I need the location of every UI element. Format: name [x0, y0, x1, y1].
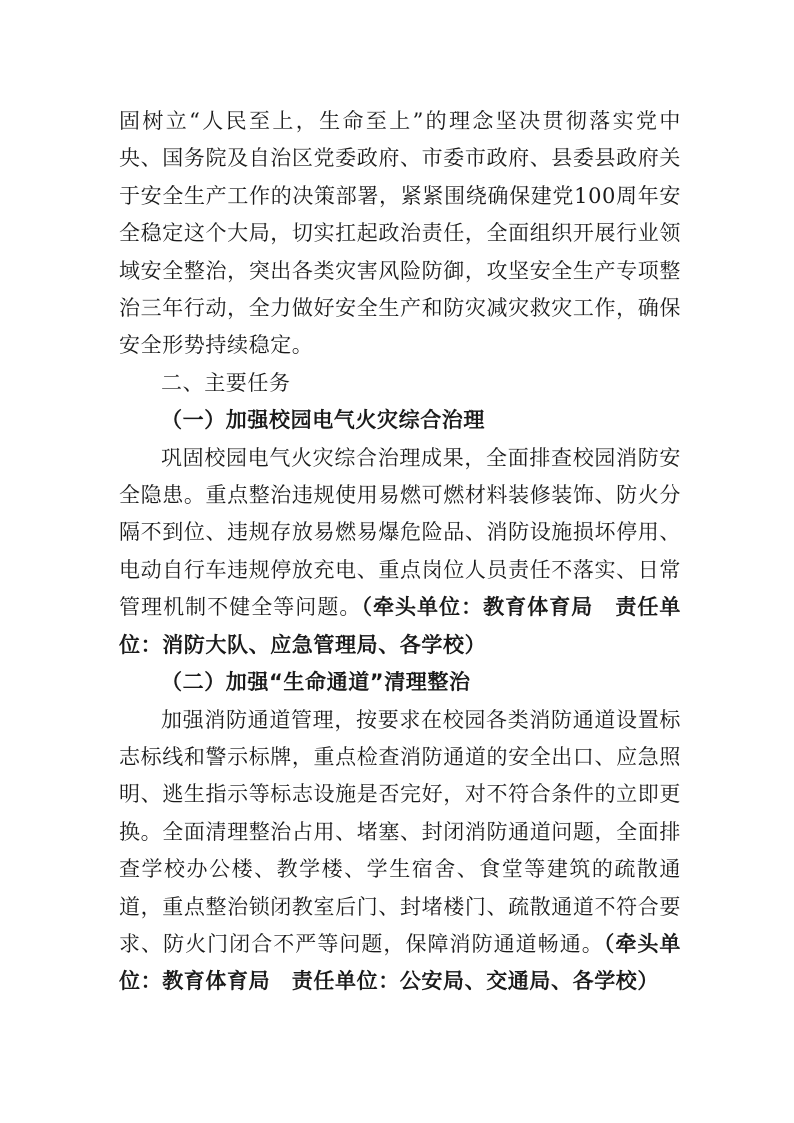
- intro-paragraph: 固树立“人民至上，生命至上”的理念坚决贯彻落实党中央、国务院及自治区党委政府、市…: [119, 103, 681, 365]
- task-2-title: （二）加强“生命通道”清理整治: [119, 664, 681, 701]
- task-2-body: 加强消防通道管理，按要求在校园各类消防通道设置标志标线和警示标牌，重点检查消防通…: [119, 708, 681, 956]
- task-1-paragraph: 巩固校园电气火灾综合治理成果，全面排查校园消防安全隐患。重点整治违规使用易燃可燃…: [119, 440, 681, 664]
- task-1-title: （一）加强校园电气火灾综合治理: [119, 402, 681, 439]
- section-heading: 二、主要任务: [119, 365, 681, 402]
- task-1-body: 巩固校园电气火灾综合治理成果，全面排查校园消防安全隐患。重点整治违规使用易燃可燃…: [119, 446, 681, 620]
- document-page: 固树立“人民至上，生命至上”的理念坚决贯彻落实党中央、国务院及自治区党委政府、市…: [119, 103, 681, 1001]
- task-2-paragraph: 加强消防通道管理，按要求在校园各类消防通道设置标志标线和警示标牌，重点检查消防通…: [119, 702, 681, 1001]
